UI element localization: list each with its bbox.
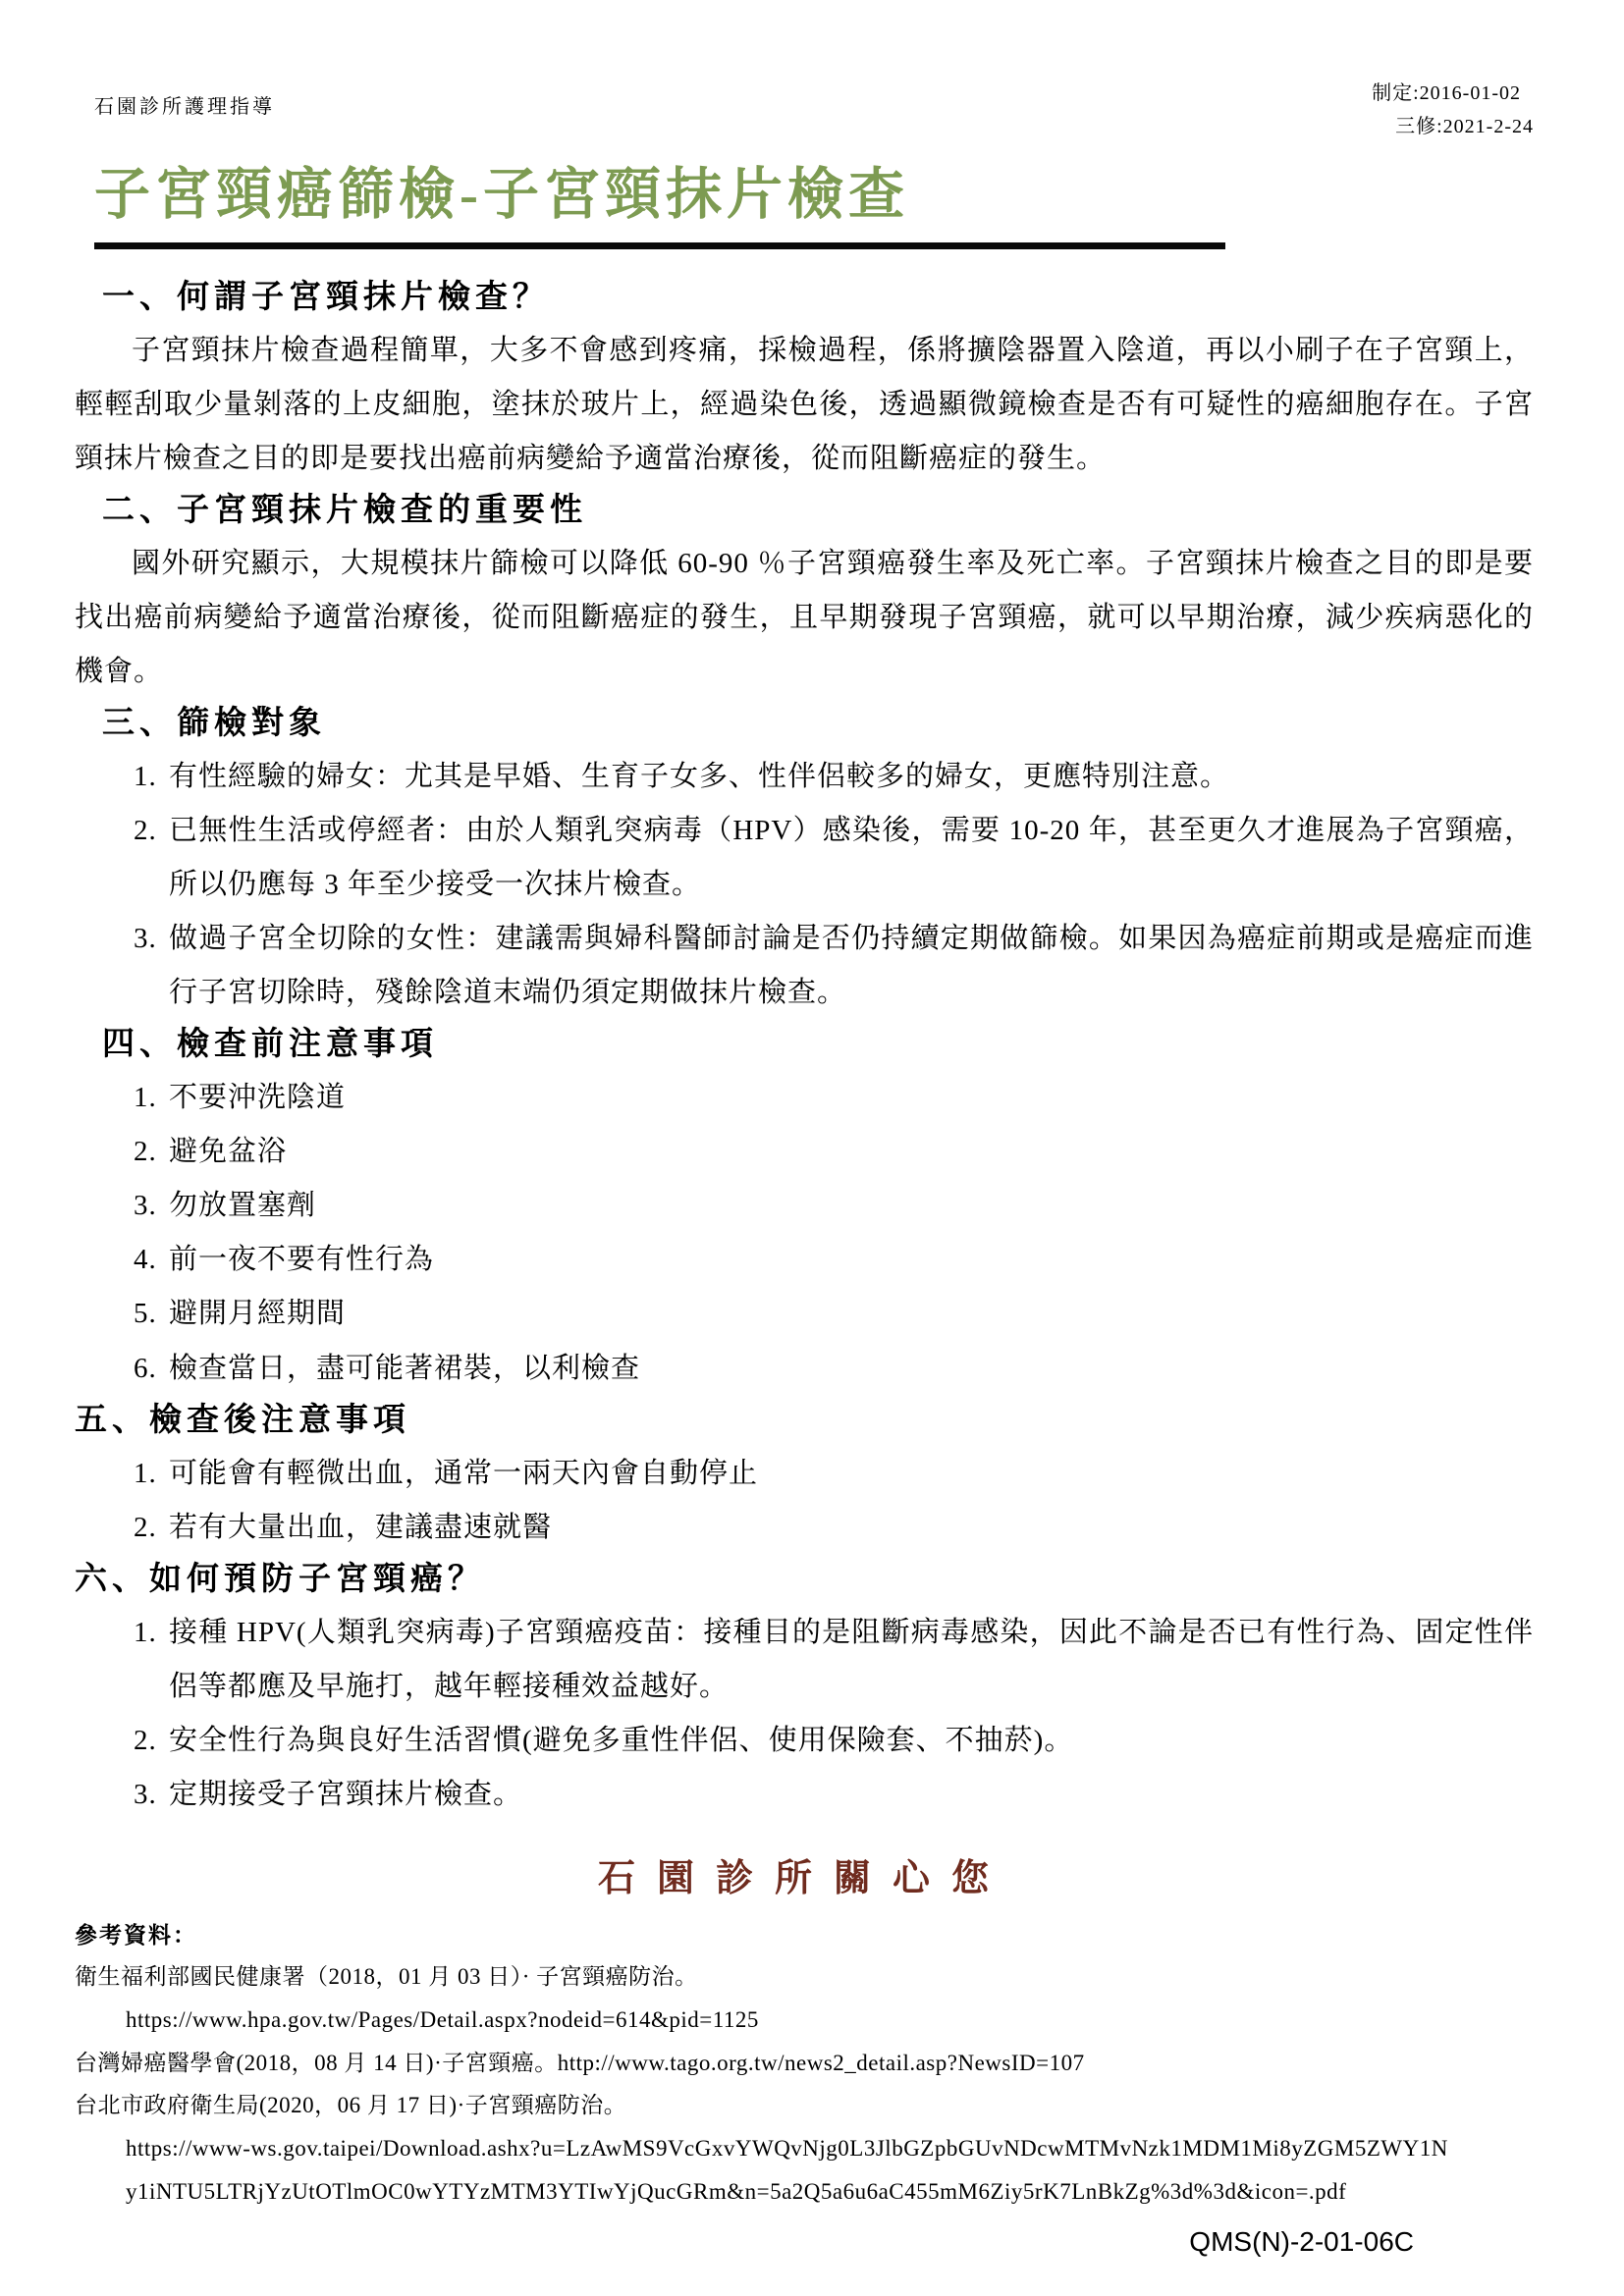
document-body: 一、何謂子宮頸抹片檢查？ 子宮頸抹片檢查過程簡單，大多不會感到疼痛，採檢過程，係… (75, 275, 1534, 2259)
clinic-cares-slogan: 石園診所關心您 (75, 1847, 1534, 1901)
page-header: 石園診所護理指導 制定:2016-01-02 三修:2021-2-24 (75, 77, 1534, 143)
section-what-is-pap-smear: 一、何謂子宮頸抹片檢查？ 子宮頸抹片檢查過程簡單，大多不會感到疼痛，採檢過程，係… (75, 275, 1534, 486)
list-item: 勿放置塞劑 (165, 1179, 1534, 1233)
section-5-list: 可能會有輕微出血，通常一兩天內會自動停止 若有大量出血，建議盡速就醫 (165, 1447, 1534, 1555)
list-item: 有性經驗的婦女：尤其是早婚、生育子女多、性伴侶較多的婦女，更應特別注意。 (165, 750, 1534, 804)
section-6-list: 接種 HPV(人類乳突病毒)子宮頸癌疫苗：接種目的是阻斷病毒感染，因此不論是否已… (165, 1606, 1534, 1822)
section-6-heading: 六、如何預防子宮頸癌？ (75, 1557, 1534, 1604)
section-importance: 二、子宮頸抹片檢查的重要性 國外研究顯示，大規模抹片篩檢可以降低 60-90 ％… (75, 488, 1534, 699)
document-code: QMS(N)-2-01-06C (75, 2226, 1534, 2258)
section-2-heading: 二、子宮頸抹片檢查的重要性 (102, 488, 1534, 535)
section-before-exam-notes: 四、檢查前注意事項 不要沖洗陰道 避免盆浴 勿放置塞劑 前一夜不要有性行為 避開… (75, 1022, 1534, 1395)
list-item: 已無性生活或停經者：由於人類乳突病毒（HPV）感染後，需要 10-20 年，甚至… (165, 804, 1534, 912)
list-item: 不要沖洗陰道 (165, 1071, 1534, 1125)
list-item: 接種 HPV(人類乳突病毒)子宮頸癌疫苗：接種目的是阻斷病毒感染，因此不論是否已… (165, 1606, 1534, 1714)
references-label: 參考資料： (75, 1915, 1534, 1955)
list-item: 前一夜不要有性行為 (165, 1233, 1534, 1287)
reference-url: https://www.hpa.gov.tw/Pages/Detail.aspx… (75, 1999, 1534, 2042)
page-title: 子宮頸癌篩檢-子宮頸抹片檢查 (94, 165, 1225, 227)
reference-line: 台灣婦癌醫學會(2018，08 月 14 日)·子宮頸癌。http://www.… (75, 2042, 1534, 2085)
title-block: 子宮頸癌篩檢-子宮頸抹片檢查 (94, 165, 1225, 249)
section-screening-targets: 三、篩檢對象 有性經驗的婦女：尤其是早婚、生育子女多、性伴侶較多的婦女，更應特別… (75, 701, 1534, 1020)
list-item: 避開月經期間 (165, 1287, 1534, 1341)
list-item: 避免盆浴 (165, 1125, 1534, 1179)
list-item: 檢查當日，盡可能著裙裝，以利檢查 (165, 1342, 1534, 1396)
header-revised-date: 三修:2021-2-24 (1372, 110, 1534, 143)
section-4-list: 不要沖洗陰道 避免盆浴 勿放置塞劑 前一夜不要有性行為 避開月經期間 檢查當日，… (165, 1071, 1534, 1396)
section-3-heading: 三、篩檢對象 (102, 701, 1534, 748)
section-3-list: 有性經驗的婦女：尤其是早婚、生育子女多、性伴侶較多的婦女，更應特別注意。 已無性… (165, 750, 1534, 1020)
section-1-heading: 一、何謂子宮頸抹片檢查？ (102, 275, 1534, 322)
reference-line: 台北市政府衛生局(2020，06 月 17 日)·子宮頸癌防治。 (75, 2084, 1534, 2127)
reference-line: 衛生福利部國民健康署（2018，01 月 03 日）· 子宮頸癌防治。 (75, 1955, 1534, 1999)
header-established-date: 制定:2016-01-02 (1372, 77, 1534, 110)
list-item: 可能會有輕微出血，通常一兩天內會自動停止 (165, 1447, 1534, 1501)
section-prevention: 六、如何預防子宮頸癌？ 接種 HPV(人類乳突病毒)子宮頸癌疫苗：接種目的是阻斷… (75, 1557, 1534, 1822)
section-5-heading: 五、檢查後注意事項 (75, 1398, 1534, 1445)
list-item: 做過子宮全切除的女性：建議需與婦科醫師討論是否仍持續定期做篩檢。如果因為癌症前期… (165, 912, 1534, 1020)
reference-url: y1iNTU5LTRjYzUtOTlmOC0wYTYzMTM3YTIwYjQuc… (75, 2170, 1534, 2214)
references-section: 參考資料： 衛生福利部國民健康署（2018，01 月 03 日）· 子宮頸癌防治… (75, 1915, 1534, 2214)
list-item: 若有大量出血，建議盡速就醫 (165, 1501, 1534, 1555)
list-item: 安全性行為與良好生活習慣(避免多重性伴侶、使用保險套、不抽菸)。 (165, 1714, 1534, 1768)
header-revision-info: 制定:2016-01-02 三修:2021-2-24 (1372, 77, 1534, 143)
section-2-paragraph: 國外研究顯示，大規模抹片篩檢可以降低 60-90 ％子宮頸癌發生率及死亡率。子宮… (75, 537, 1534, 699)
section-1-paragraph: 子宮頸抹片檢查過程簡單，大多不會感到疼痛，採檢過程，係將擴陰器置入陰道，再以小刷… (75, 324, 1534, 486)
document-page: 石園診所護理指導 制定:2016-01-02 三修:2021-2-24 子宮頸癌… (0, 0, 1624, 2296)
list-item: 定期接受子宮頸抹片檢查。 (165, 1768, 1534, 1822)
reference-url: https://www-ws.gov.taipei/Download.ashx?… (75, 2127, 1534, 2170)
header-doc-category: 石園診所護理指導 (75, 77, 275, 119)
section-after-exam-notes: 五、檢查後注意事項 可能會有輕微出血，通常一兩天內會自動停止 若有大量出血，建議… (75, 1398, 1534, 1555)
section-4-heading: 四、檢查前注意事項 (102, 1022, 1534, 1069)
